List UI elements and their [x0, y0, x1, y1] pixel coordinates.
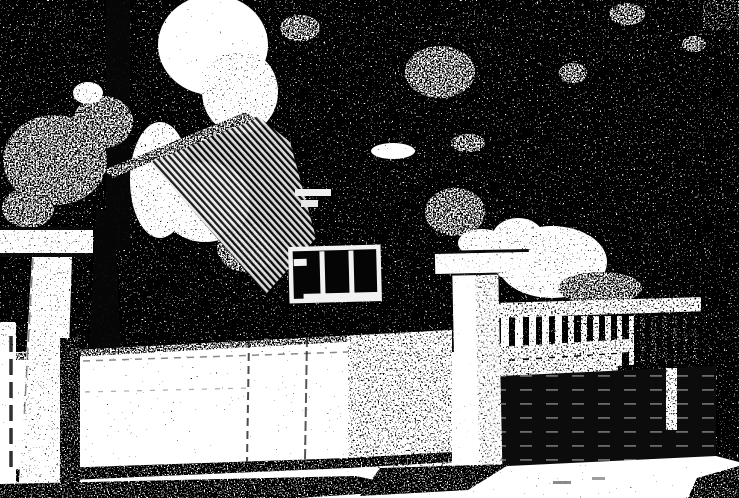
window-muntin	[294, 259, 307, 266]
picket	[683, 316, 687, 360]
photo-house-fence: Black-and-white halftone photograph of a…	[0, 0, 739, 498]
foliage-highlight	[73, 82, 103, 104]
picket	[662, 316, 667, 362]
foliage-highlight	[280, 15, 320, 41]
post-shadow-band	[60, 338, 80, 498]
foliage-highlight	[609, 3, 645, 25]
post-cap-shadow	[0, 253, 93, 257]
ground-mark	[553, 481, 571, 484]
foliage-highlight	[682, 36, 706, 52]
post-cap	[435, 252, 529, 274]
canopy-corner-stipple	[703, 0, 739, 30]
picket	[673, 316, 677, 361]
chimney-highlight	[301, 200, 318, 207]
gate-plank-gap	[666, 368, 677, 430]
photo-canvas: Black-and-white halftone photograph of a…	[0, 0, 739, 498]
foliage-highlight	[2, 188, 54, 228]
ground-mark	[592, 477, 605, 480]
fence-left-edge-strip	[0, 345, 16, 498]
foliage-highlight	[451, 134, 485, 152]
fence-shaded-section	[348, 330, 452, 472]
foliage-highlight	[405, 46, 475, 98]
chimney-highlight	[295, 189, 331, 196]
picket	[651, 316, 656, 363]
foliage-highlight	[559, 63, 587, 83]
post-cap-edge	[0, 227, 93, 230]
fence-highlight-notch	[0, 322, 16, 348]
picket	[640, 316, 645, 364]
foliage-highlight	[371, 143, 415, 159]
post-cap	[0, 230, 93, 253]
foliage-highlight	[73, 96, 133, 148]
house-window	[290, 247, 379, 301]
picket	[693, 316, 697, 359]
foliage-highlight	[425, 188, 485, 236]
